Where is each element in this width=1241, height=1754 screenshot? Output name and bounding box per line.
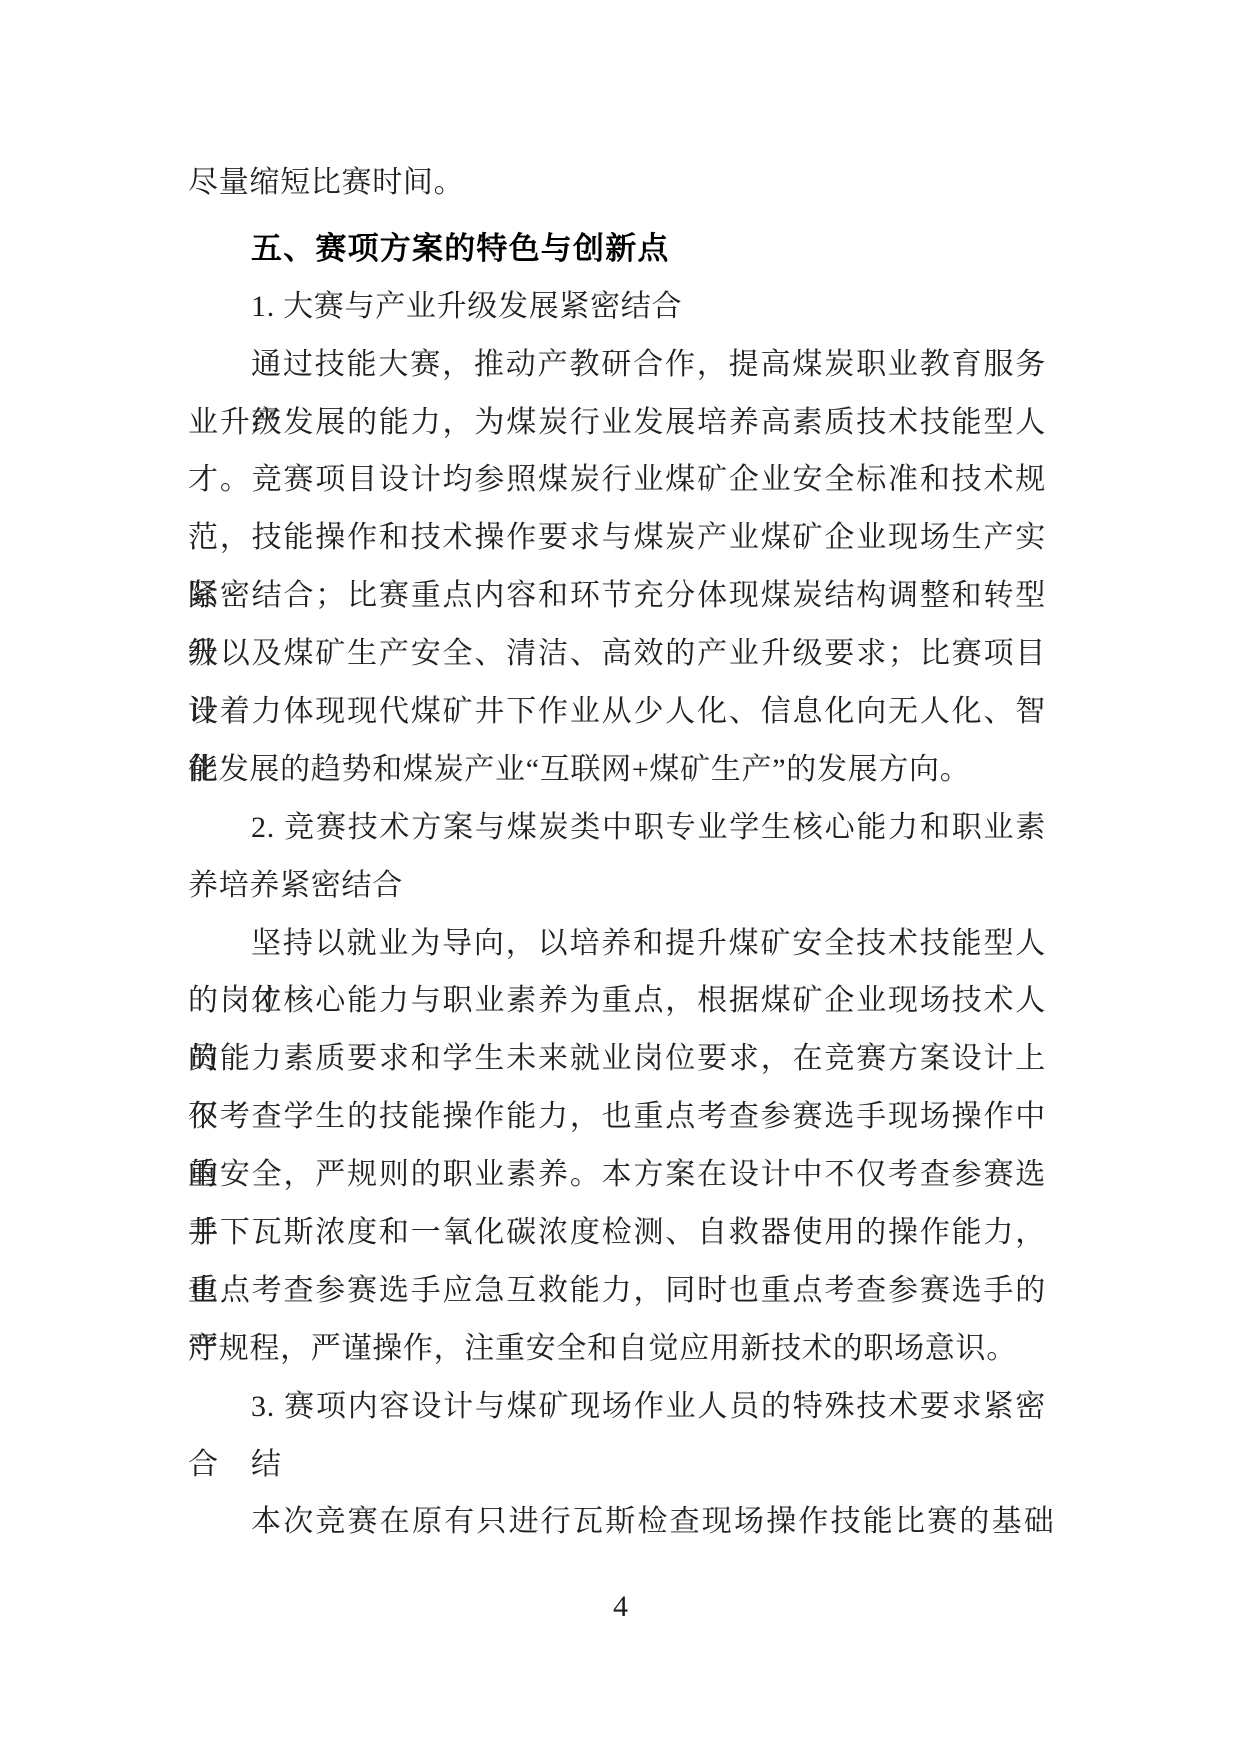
text-line: 养培养紧密结合 — [188, 857, 1046, 915]
list-item-heading-3: 3. 赛项内容设计与煤矿现场作业人员的特殊技术要求紧密结 — [188, 1378, 1046, 1436]
section-heading: 五、赛项方案的特色与创新点 — [188, 220, 1046, 278]
text-line: 化发展的趋势和煤炭产业“互联网+煤矿生产”的发展方向。 — [188, 741, 1046, 799]
text-line: 仅考查学生的技能操作能力，也重点考查参赛选手现场操作中的 — [188, 1088, 1046, 1146]
text-line: 守规程，严谨操作，注重安全和自觉应用新技术的职场意识。 — [188, 1320, 1046, 1378]
text-line: 合 — [188, 1436, 1046, 1494]
document-page: 尽量缩短比赛时间。 五、赛项方案的特色与创新点 1. 大赛与产业升级发展紧密结合… — [0, 0, 1241, 1754]
text-line: 本次竞赛在原有只进行瓦斯检查现场操作技能比赛的基础 — [188, 1493, 1046, 1551]
page-number: 4 — [0, 1590, 1241, 1624]
list-item-heading-2: 2. 竞赛技术方案与煤炭类中职专业学生核心能力和职业素 — [188, 799, 1046, 857]
document-text-block: 尽量缩短比赛时间。 五、赛项方案的特色与创新点 1. 大赛与产业升级发展紧密结合… — [188, 154, 1046, 1551]
text-line: 才。竞赛项目设计均参照煤炭行业煤矿企业安全标准和技术规 — [188, 451, 1046, 509]
text-line: 井下瓦斯浓度和一氧化碳浓度检测、自救器使用的操作能力，也 — [188, 1204, 1046, 1262]
text-line: 重点考查参赛选手应急互救能力，同时也重点考查参赛选手的严 — [188, 1262, 1046, 1320]
text-line: 的岗位核心能力与职业素养为重点，根据煤矿企业现场技术人员 — [188, 972, 1046, 1030]
text-line: 坚持以就业为导向，以培养和提升煤矿安全技术技能型人才 — [188, 915, 1046, 973]
text-line: 计着力体现现代煤矿井下作业从少人化、信息化向无人化、智能 — [188, 683, 1046, 741]
text-line: 范，技能操作和技术操作要求与煤炭产业煤矿企业现场生产实际 — [188, 509, 1046, 567]
text-line: 的能力素质要求和学生未来就业岗位要求，在竞赛方案设计上不 — [188, 1030, 1046, 1088]
text-line: 通过技能大赛，推动产教研合作，提高煤炭职业教育服务产 — [188, 336, 1046, 394]
text-line: 级以及煤矿生产安全、清洁、高效的产业升级要求；比赛项目设 — [188, 625, 1046, 683]
text-line: 紧密结合；比赛重点内容和环节充分体现煤炭结构调整和转型升 — [188, 567, 1046, 625]
text-line: 重安全，严规则的职业素养。本方案在设计中不仅考查参赛选手 — [188, 1146, 1046, 1204]
text-line: 业升级发展的能力，为煤炭行业发展培养高素质技术技能型人 — [188, 394, 1046, 452]
list-item-heading-1: 1. 大赛与产业升级发展紧密结合 — [188, 278, 1046, 336]
text-line: 尽量缩短比赛时间。 — [188, 154, 1046, 212]
